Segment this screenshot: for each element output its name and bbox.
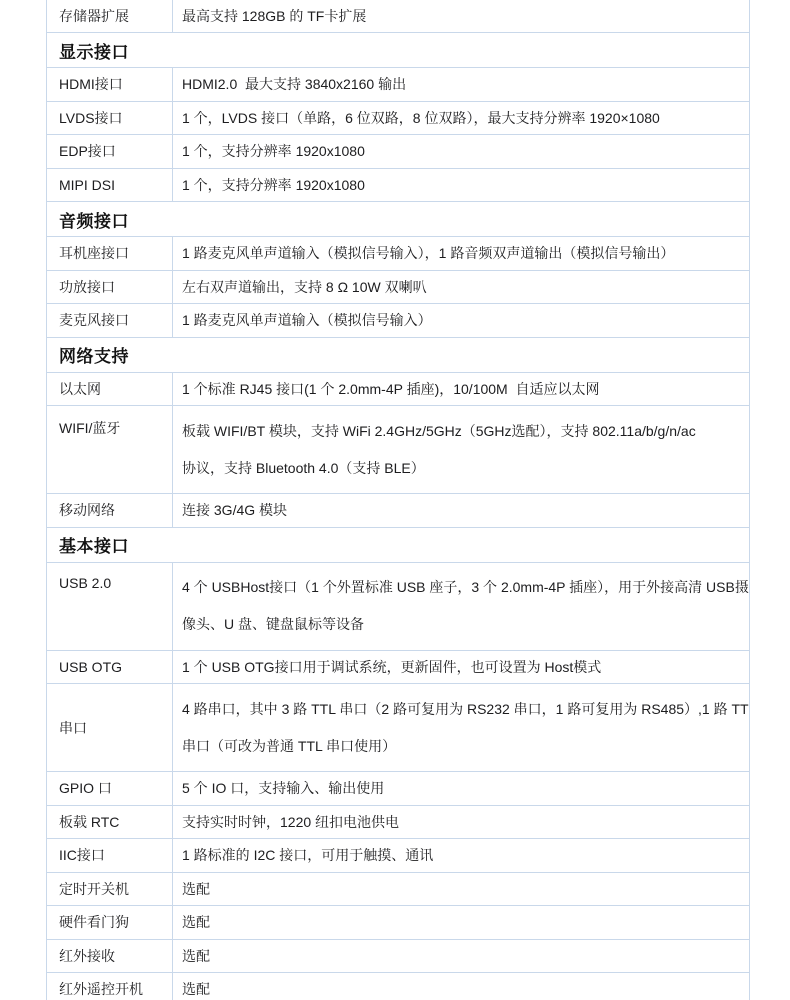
spec-label: WIFI/蓝牙	[47, 406, 173, 493]
spec-value-line: 选配	[182, 912, 749, 932]
table-row: 硬件看门狗选配	[47, 906, 749, 940]
table-row: 红外接收选配	[47, 940, 749, 974]
spec-label: 硬件看门狗	[47, 906, 173, 939]
spec-value: 5 个 IO 口，支持输入、输出使用	[173, 772, 749, 805]
spec-value: 左右双声道输出，支持 8 Ω 10W 双喇叭	[173, 271, 749, 304]
spec-label: GPIO 口	[47, 772, 173, 805]
spec-label: 麦克风接口	[47, 304, 173, 337]
spec-label: 板载 RTC	[47, 806, 173, 839]
table-row: 以太网1 个标准 RJ45 接口(1 个 2.0mm-4P 插座)，10/100…	[47, 373, 749, 407]
spec-value-line: 5 个 IO 口，支持输入、输出使用	[182, 778, 749, 798]
section-title: 音频接口	[59, 207, 129, 232]
spec-value-line: 选配	[182, 979, 749, 999]
spec-value-line: 连接 3G/4G 模块	[182, 500, 749, 520]
spec-value-line: 像头、U 盘、键盘鼠标等设备	[182, 606, 749, 643]
spec-value: 1 个标准 RJ45 接口(1 个 2.0mm-4P 插座)，10/100M 自…	[173, 373, 749, 406]
spec-value: 1 个 USB OTG接口用于调试系统，更新固件，也可设置为 Host模式	[173, 651, 749, 684]
section-title: 网络支持	[59, 342, 129, 367]
spec-table: 存储器扩展最高支持 128GB 的 TF卡扩展显示接口HDMI接口HDMI2.0…	[46, 0, 750, 1000]
table-row: 板载 RTC支持实时时钟，1220 纽扣电池供电	[47, 806, 749, 840]
table-row: GPIO 口5 个 IO 口，支持输入、输出使用	[47, 772, 749, 806]
spec-label: 移动网络	[47, 494, 173, 527]
spec-value-line: 1 个 USB OTG接口用于调试系统，更新固件，也可设置为 Host模式	[182, 657, 749, 677]
section-header-row: 基本接口	[47, 528, 749, 563]
spec-value-line: HDMI2.0 最大支持 3840x2160 输出	[182, 74, 749, 94]
spec-value: HDMI2.0 最大支持 3840x2160 输出	[173, 68, 749, 101]
spec-value: 板载 WIFI/BT 模块，支持 WiFi 2.4GHz/5GHz（5GHz选配…	[173, 406, 749, 493]
spec-value: 选配	[173, 873, 749, 906]
spec-value-line: 支持实时时钟，1220 纽扣电池供电	[182, 812, 749, 832]
spec-value-line: 左右双声道输出，支持 8 Ω 10W 双喇叭	[182, 277, 749, 297]
table-row: 麦克风接口1 路麦克风单声道输入（模拟信号输入）	[47, 304, 749, 338]
spec-value: 1 路麦克风单声道输入（模拟信号输入）	[173, 304, 749, 337]
table-row: HDMI接口HDMI2.0 最大支持 3840x2160 输出	[47, 68, 749, 102]
spec-label: 耳机座接口	[47, 237, 173, 270]
spec-label: EDP接口	[47, 135, 173, 168]
spec-value-line: 最高支持 128GB 的 TF卡扩展	[182, 6, 749, 26]
table-row: 串口4 路串口，其中 3 路 TTL 串口（2 路可复用为 RS232 串口，1…	[47, 684, 749, 772]
spec-value-line: 1 个，支持分辨率 1920x1080	[182, 141, 749, 161]
table-row: LVDS接口1 个，LVDS 接口（单路，6 位双路，8 位双路），最大支持分辨…	[47, 102, 749, 136]
spec-value-line: 板载 WIFI/BT 模块，支持 WiFi 2.4GHz/5GHz（5GHz选配…	[182, 413, 749, 450]
table-row: USB OTG1 个 USB OTG接口用于调试系统，更新固件，也可设置为 Ho…	[47, 651, 749, 685]
spec-value-line: 4 个 USBHost接口（1 个外置标准 USB 座子，3 个 2.0mm-4…	[182, 569, 749, 606]
spec-value: 1 个，支持分辨率 1920x1080	[173, 169, 749, 202]
spec-label: 定时开关机	[47, 873, 173, 906]
spec-value: 1 路麦克风单声道输入（模拟信号输入），1 路音频双声道输出（模拟信号输出）	[173, 237, 749, 270]
spec-label: 串口	[47, 684, 173, 771]
spec-value: 1 个，LVDS 接口（单路，6 位双路，8 位双路），最大支持分辨率 1920…	[173, 102, 749, 135]
spec-label: 功放接口	[47, 271, 173, 304]
spec-value-line: 1 路标准的 I2C 接口，可用于触摸、通讯	[182, 845, 749, 865]
spec-value-line: 1 个标准 RJ45 接口(1 个 2.0mm-4P 插座)，10/100M 自…	[182, 379, 749, 399]
section-header-row: 网络支持	[47, 338, 749, 373]
spec-label: USB 2.0	[47, 563, 173, 650]
spec-value-line: 协议，支持 Bluetooth 4.0（支持 BLE）	[182, 450, 749, 487]
spec-value: 支持实时时钟，1220 纽扣电池供电	[173, 806, 749, 839]
section-header-row: 音频接口	[47, 202, 749, 237]
spec-value-line: 1 个，支持分辨率 1920x1080	[182, 175, 749, 195]
spec-label: HDMI接口	[47, 68, 173, 101]
table-row: 功放接口左右双声道输出，支持 8 Ω 10W 双喇叭	[47, 271, 749, 305]
table-row: 定时开关机选配	[47, 873, 749, 907]
section-title: 显示接口	[59, 38, 129, 63]
spec-value-line: 串口（可改为普通 TTL 串口使用）	[182, 728, 749, 765]
spec-value-line: 选配	[182, 879, 749, 899]
spec-label: MIPI DSI	[47, 169, 173, 202]
spec-value: 1 路标准的 I2C 接口，可用于触摸、通讯	[173, 839, 749, 872]
spec-label: 红外遥控开机	[47, 973, 173, 1000]
section-title: 基本接口	[59, 532, 129, 557]
spec-value-line: 1 路麦克风单声道输入（模拟信号输入）	[182, 310, 749, 330]
spec-value: 4 个 USBHost接口（1 个外置标准 USB 座子，3 个 2.0mm-4…	[173, 563, 749, 650]
table-row: 红外遥控开机选配	[47, 973, 749, 1000]
spec-label: USB OTG	[47, 651, 173, 684]
spec-value-line: 4 路串口，其中 3 路 TTL 串口（2 路可复用为 RS232 串口，1 路…	[182, 691, 749, 728]
section-header-row: 显示接口	[47, 33, 749, 68]
table-row: 耳机座接口1 路麦克风单声道输入（模拟信号输入），1 路音频双声道输出（模拟信号…	[47, 237, 749, 271]
table-row: MIPI DSI1 个，支持分辨率 1920x1080	[47, 169, 749, 203]
spec-value: 最高支持 128GB 的 TF卡扩展	[173, 0, 749, 32]
spec-value-line: 选配	[182, 946, 749, 966]
spec-value: 选配	[173, 906, 749, 939]
spec-label: IIC接口	[47, 839, 173, 872]
spec-label: 存储器扩展	[47, 0, 173, 32]
spec-label: 以太网	[47, 373, 173, 406]
table-row: EDP接口1 个，支持分辨率 1920x1080	[47, 135, 749, 169]
spec-label: LVDS接口	[47, 102, 173, 135]
spec-value: 选配	[173, 973, 749, 1000]
table-row: 存储器扩展最高支持 128GB 的 TF卡扩展	[47, 0, 749, 33]
spec-label: 红外接收	[47, 940, 173, 973]
table-row: USB 2.04 个 USBHost接口（1 个外置标准 USB 座子，3 个 …	[47, 563, 749, 651]
table-row: 移动网络连接 3G/4G 模块	[47, 494, 749, 528]
spec-value: 4 路串口，其中 3 路 TTL 串口（2 路可复用为 RS232 串口，1 路…	[173, 684, 749, 771]
spec-value-line: 1 路麦克风单声道输入（模拟信号输入），1 路音频双声道输出（模拟信号输出）	[182, 243, 749, 263]
table-row: WIFI/蓝牙板载 WIFI/BT 模块，支持 WiFi 2.4GHz/5GHz…	[47, 406, 749, 494]
spec-value-line: 1 个，LVDS 接口（单路，6 位双路，8 位双路），最大支持分辨率 1920…	[182, 108, 749, 128]
table-row: IIC接口1 路标准的 I2C 接口，可用于触摸、通讯	[47, 839, 749, 873]
spec-value: 选配	[173, 940, 749, 973]
spec-value: 连接 3G/4G 模块	[173, 494, 749, 527]
spec-value: 1 个，支持分辨率 1920x1080	[173, 135, 749, 168]
